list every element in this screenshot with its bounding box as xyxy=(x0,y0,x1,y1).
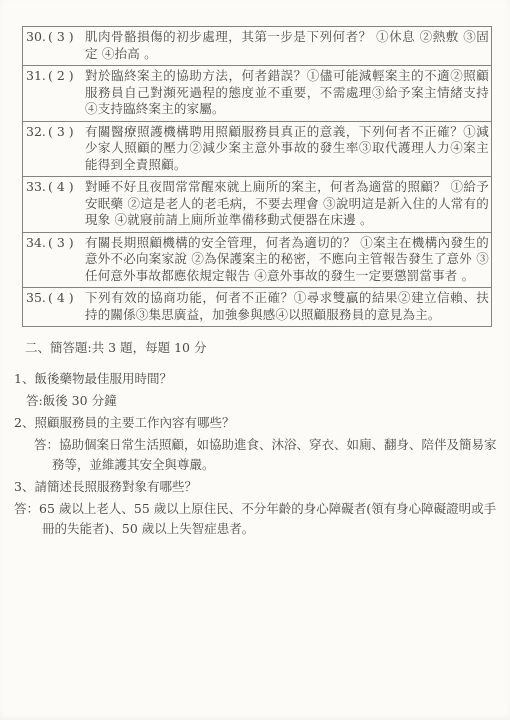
question-number: 34. xyxy=(26,235,48,252)
short-answer-section: 二、簡答題:共 3 題，每題 10 分 1、飯後藥物最佳服用時間？ 答:飯後 3… xyxy=(14,338,498,539)
short-answer-item-2: 2、照顧服務員的主要工作內容有哪些？ 答：協助個案日常生活照顧，如協助進食、沐浴… xyxy=(14,413,498,475)
mc-question-row-32: 32. ( 3 ) 有關醫療照護機構聘用照顧服務員真正的意義，下列何者不正確？①… xyxy=(23,122,491,178)
section-heading: 二、簡答題:共 3 題，每題 10 分 xyxy=(25,338,498,358)
answer-key: ( 3 ) xyxy=(48,124,85,141)
question-text: 肌肉骨骼損傷的初步處理，其第一步是下列何者？ ①休息 ②熱敷 ③固定 ④抬高 。 xyxy=(85,29,489,62)
mc-question-row-34: 34. ( 3 ) 有關長期照顧機構的安全管理，何者為適切的？ ①案主在機構內發… xyxy=(23,233,491,289)
short-answer: 答：65 歲以上老人、55 歲以上原住民、不分年齡的身心障礙者(領有身心障礙證明… xyxy=(14,499,498,539)
question-number: 31. xyxy=(26,68,48,85)
question-text: 有關醫療照護機構聘用照顧服務員真正的意義，下列何者不正確？①減少家人照顧的壓力②… xyxy=(85,124,489,174)
exam-page: 30. ( 3 ) 肌肉骨骼損傷的初步處理，其第一步是下列何者？ ①休息 ②熱敷… xyxy=(0,0,510,720)
mc-question-row-35: 35. ( 4 ) 下列有效的協商功能，何者不正確？①尋求雙贏的結果②建立信賴、… xyxy=(23,288,491,326)
question-text: 下列有效的協商功能，何者不正確？①尋求雙贏的結果②建立信賴、扶持的關係③集思廣益… xyxy=(85,290,489,323)
mc-question-row-33: 33. ( 4 ) 對睡不好且夜間常常醒來就上廁所的案主，何者為適當的照顧？ ①… xyxy=(23,177,491,233)
question-text: 對於臨終案主的協助方法，何者錯誤？①儘可能減輕案主的不適②照顧服務員自己對瀕死過… xyxy=(85,68,489,118)
answer-key: ( 4 ) xyxy=(48,179,85,196)
question-text: 有關長期照顧機構的安全管理，何者為適切的？ ①案主在機構內發生的意外不必向案家說… xyxy=(85,235,489,285)
short-answer: 答：協助個案日常生活照顧，如協助進食、沐浴、穿衣、如廁、翻身、陪伴及簡易家務等，… xyxy=(34,435,498,475)
question-number: 35. xyxy=(26,290,48,307)
short-answer: 答:飯後 30 分鐘 xyxy=(26,391,498,411)
answer-key: ( 2 ) xyxy=(48,68,85,85)
question-number: 30. xyxy=(26,29,48,46)
question-number: 32. xyxy=(26,124,48,141)
answer-key: ( 4 ) xyxy=(48,290,85,307)
mc-question-row-30: 30. ( 3 ) 肌肉骨骼損傷的初步處理，其第一步是下列何者？ ①休息 ②熱敷… xyxy=(23,27,491,66)
answer-key: ( 3 ) xyxy=(48,235,85,252)
question-text: 對睡不好且夜間常常醒來就上廁所的案主，何者為適當的照顧？ ①給予安眠藥 ②這是老… xyxy=(85,179,489,229)
short-question: 3、請簡述長照服務對象有哪些？ xyxy=(14,477,498,497)
short-answer-item-1: 1、飯後藥物最佳服用時間？ 答:飯後 30 分鐘 xyxy=(14,369,498,411)
answer-key: ( 3 ) xyxy=(48,29,85,46)
short-question: 2、照顧服務員的主要工作內容有哪些？ xyxy=(14,413,498,433)
question-number: 33. xyxy=(26,179,48,196)
multiple-choice-table: 30. ( 3 ) 肌肉骨骼損傷的初步處理，其第一步是下列何者？ ①休息 ②熱敷… xyxy=(22,26,492,327)
short-question: 1、飯後藥物最佳服用時間？ xyxy=(14,369,498,389)
mc-question-row-31: 31. ( 2 ) 對於臨終案主的協助方法，何者錯誤？①儘可能減輕案主的不適②照… xyxy=(23,66,491,122)
short-answer-item-3: 3、請簡述長照服務對象有哪些？ 答：65 歲以上老人、55 歲以上原住民、不分年… xyxy=(14,477,498,539)
